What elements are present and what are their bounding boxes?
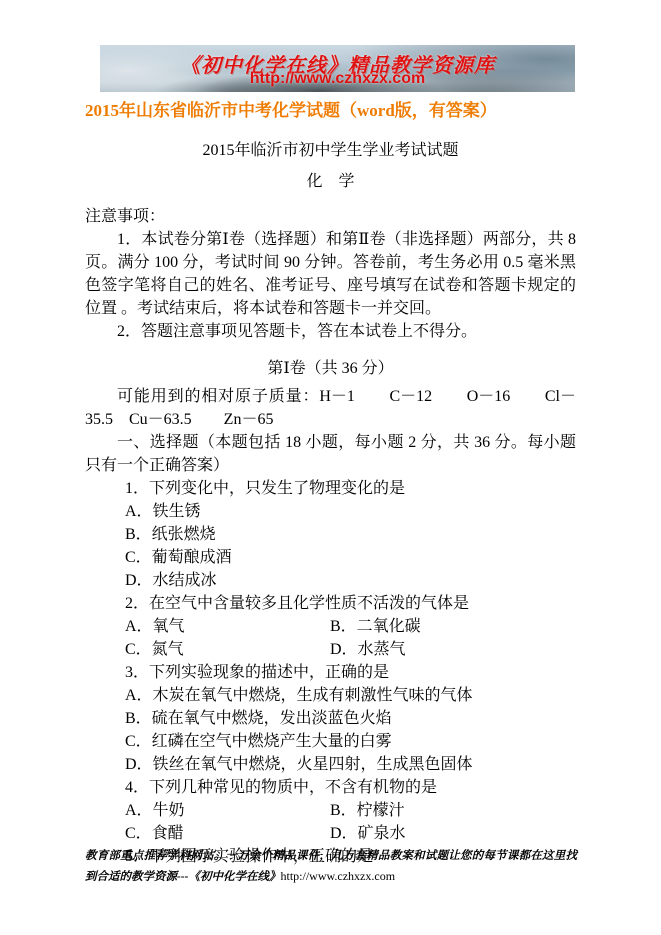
question-text: 2．在空气中含量较多且化学性质不活泼的气体是 xyxy=(85,592,576,615)
exam-title: 2015年临沂市初中学生学业考试试题 xyxy=(85,140,576,161)
option-item: D．矿泉水 xyxy=(290,822,576,845)
question-block-1: 1．下列变化中，只发生了物理变化的是 A．铁生锈 B．纸张燃烧 C．葡萄酿成酒 … xyxy=(85,477,576,592)
option-item: D．水蒸气 xyxy=(290,638,576,661)
question-text: 1．下列变化中，只发生了物理变化的是 xyxy=(85,477,576,500)
question-block-2: 2．在空气中含量较多且化学性质不活泼的气体是 A．氧气 B．二氧化碳 C．氮气 … xyxy=(85,592,576,661)
notice-item: 2．答题注意事项见答题卡，答在本试卷上不得分。 xyxy=(85,320,576,343)
option-item: B．纸张燃烧 xyxy=(85,523,576,546)
option-item: A．木炭在氧气中燃烧，生成有刺激性气味的气体 xyxy=(85,684,576,707)
site-banner-image: 《初中化学在线》精品教学资源库 http://www.czhxzx.com xyxy=(100,45,575,92)
exam-document-page: 《初中化学在线》精品教学资源库 http://www.czhxzx.com 20… xyxy=(0,0,661,935)
question-block-4: 4．下列几种常见的物质中，不含有机物的是 A．牛奶 B．柠檬汁 C．食醋 D．矿… xyxy=(85,776,576,845)
notice-section: 注意事项： 1．本试卷分第Ⅰ卷（选择题）和第Ⅱ卷（非选择题）两部分，共 8 页。… xyxy=(85,205,576,343)
option-item: C．葡萄酿成酒 xyxy=(85,546,576,569)
footer-url[interactable]: http://www.czhxzx.com xyxy=(281,869,396,883)
option-item: B．二氧化碳 xyxy=(290,615,576,638)
option-item: A．铁生锈 xyxy=(85,500,576,523)
option-item: D．水结成冰 xyxy=(85,569,576,592)
option-item: B．柠檬汁 xyxy=(290,799,576,822)
part1-section: 第Ⅰ卷（共 36 分） 可能用到的相对原子质量：H－1 C－12 O－16 Cl… xyxy=(85,356,576,868)
option-item: A．牛奶 xyxy=(85,799,290,822)
page-title: 2015年山东省临沂市中考化学试题（word版，有答案） xyxy=(85,100,576,122)
exam-subject: 化 学 xyxy=(85,171,576,192)
option-grid: A．牛奶 B．柠檬汁 C．食醋 D．矿泉水 xyxy=(85,799,576,845)
question-text: 3．下列实验现象的描述中，正确的是 xyxy=(85,661,576,684)
option-item: D．铁丝在氧气中燃烧，火星四射，生成黑色固体 xyxy=(85,753,576,776)
option-item: C．氮气 xyxy=(85,638,290,661)
option-grid: A．氧气 B．二氧化碳 C．氮气 D．水蒸气 xyxy=(85,615,576,661)
atomic-mass-note: 可能用到的相对原子质量：H－1 C－12 O－16 Cl－35.5 Cu－63.… xyxy=(85,385,576,431)
notice-item: 1．本试卷分第Ⅰ卷（选择题）和第Ⅱ卷（非选择题）两部分，共 8 页。满分 100… xyxy=(85,228,576,320)
option-item: A．氧气 xyxy=(85,615,290,638)
notice-label: 注意事项： xyxy=(85,205,576,228)
footer-promo: 教育部重点推荐学科网站。一万余个精品课件，几万套精品教案和试题让您的每节课都在这… xyxy=(85,846,577,887)
banner-site-url[interactable]: http://www.czhxzx.com xyxy=(100,70,575,88)
option-item: B．硫在氧气中燃烧，发出淡蓝色火焰 xyxy=(85,707,576,730)
document-body: 2015年山东省临沂市中考化学试题（word版，有答案） 2015年临沂市初中学… xyxy=(85,100,576,868)
option-item: C．食醋 xyxy=(85,822,290,845)
option-item: C．红磷在空气中燃烧产生大量的白雾 xyxy=(85,730,576,753)
part1-title: 第Ⅰ卷（共 36 分） xyxy=(85,356,576,381)
section1-title: 一、选择题（本题包括 18 小题，每小题 2 分，共 36 分。每小题只有一个正… xyxy=(85,431,576,477)
question-block-3: 3．下列实验现象的描述中，正确的是 A．木炭在氧气中燃烧，生成有刺激性气味的气体… xyxy=(85,661,576,776)
question-text: 4．下列几种常见的物质中，不含有机物的是 xyxy=(85,776,576,799)
